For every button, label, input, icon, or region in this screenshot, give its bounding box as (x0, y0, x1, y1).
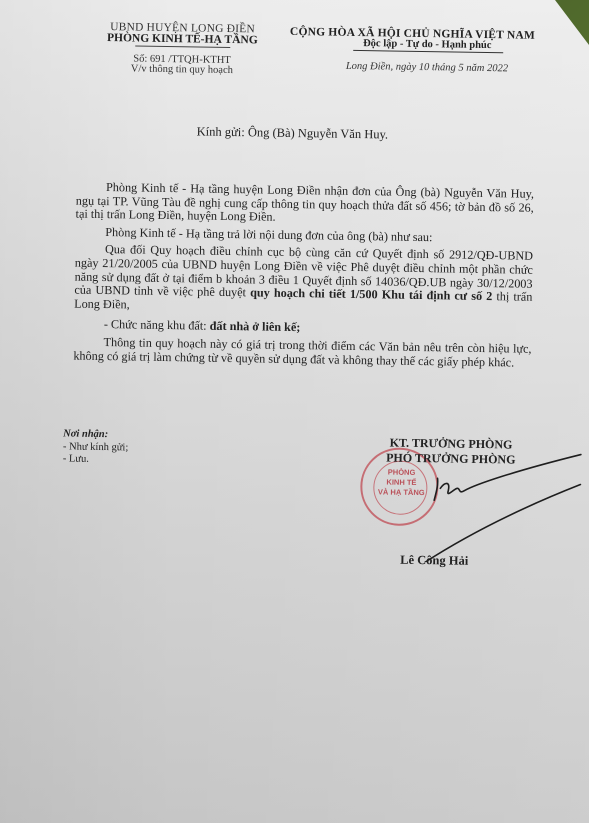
land-function-value: đất nhà ở liên kế; (210, 319, 301, 334)
department-name: PHÒNG KINH TẾ-HẠ TẦNG (87, 32, 277, 47)
signer-name: Lê Công Hải (359, 552, 509, 569)
document-content: UBND HUYỆN LONG ĐIỀN PHÒNG KINH TẾ-HẠ TẦ… (0, 0, 589, 823)
paragraph-validity: Thông tin quy hoạch này có giá trị trong… (73, 336, 531, 370)
recipients-block: Nơi nhận: - Như kính gửi; - Lưu. (63, 428, 129, 467)
letter-body: Phòng Kinh tế - Hạ tầng huyện Long Điền … (73, 181, 534, 374)
issuing-authority-header: UBND HUYỆN LONG ĐIỀN PHÒNG KINH TẾ-HẠ TẦ… (87, 21, 278, 77)
land-function-label: - Chức năng khu đất: (104, 317, 210, 333)
plan-name: quy hoạch chi tiết 1/500 Khu tái định cư… (250, 285, 492, 303)
national-header: CỘNG HÒA XÃ HỘI CHỦ NGHĨA VIỆT NAM Độc l… (267, 26, 558, 76)
document-date: Long Điền, ngày 10 tháng 5 năm 2022 (267, 60, 557, 76)
greeting-line: Kính gửi: Ông (Bà) Nguyễn Văn Huy. (0, 121, 587, 145)
paragraph-legal-basis: Qua đối Quy hoạch điều chỉnh cục bộ cùng… (74, 243, 533, 318)
header-divider (135, 45, 230, 47)
document-subject: V/v thông tin quy hoạch (87, 63, 277, 77)
recipient-item: - Như kính gửi; (63, 441, 129, 455)
recipient-item: - Lưu. (63, 453, 129, 467)
recipients-title: Nơi nhận: (63, 428, 129, 442)
paragraph-request: Phòng Kinh tế - Hạ tầng huyện Long Điền … (75, 181, 534, 229)
handwritten-signature-icon (421, 442, 583, 564)
